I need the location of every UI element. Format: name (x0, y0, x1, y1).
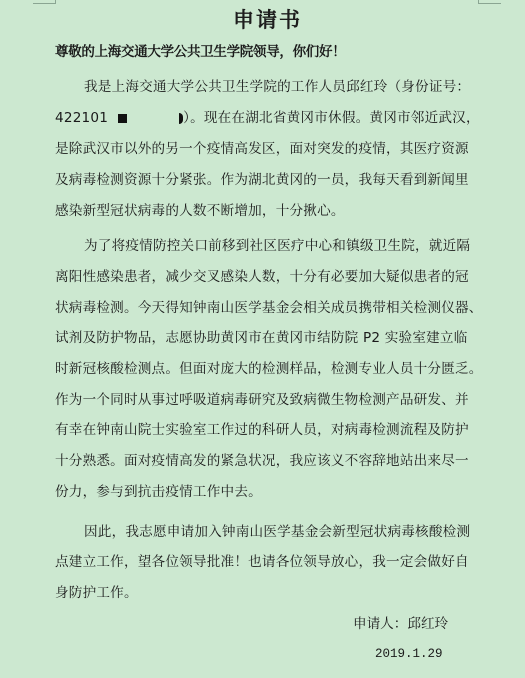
paragraph-2-line-7: 有幸在钟南山院士实验室工作过的科研人员，对病毒检测流程及防护 (55, 418, 469, 438)
paragraph-2-line-3: 状病毒检测。今天得知钟南山医学基金会相关成员携带相关检测仪器、 (55, 296, 483, 316)
paragraph-2-line-4: 试剂及防护物品，志愿协助黄冈市在黄冈市结防院 P2 实验室建立临 (55, 326, 468, 346)
paragraph-1-line-2: 422101）。现在在湖北省黄冈市休假。黄冈市邻近武汉， (55, 106, 480, 126)
paragraph-1-line-2-text: ）。现在在湖北省黄冈市休假。黄冈市邻近武汉， (183, 110, 480, 126)
document-title: 申请书 (55, 4, 480, 34)
redacted-id-mark (118, 114, 127, 123)
paragraph-2-line-6: 作为一个同时从事过呼吸道病毒研究及致病微生物检测产品研发、并 (55, 388, 469, 408)
paragraph-2-line-2: 离阳性感染患者，减少交叉感染人数，十分有必要加大疑似患者的冠 (55, 265, 469, 285)
paragraph-3-line-3: 身防护工作。 (55, 581, 138, 601)
signature: 申请人：邱红玲 (353, 612, 448, 632)
paragraph-2-line-1: 为了将疫情防控关口前移到社区医疗中心和镇级卫生院，就近隔 (84, 234, 470, 254)
paragraph-1-line-1: 我是上海交通大学公共卫生学院的工作人员邱红玲（身份证号： (84, 75, 470, 95)
greeting: 尊敬的上海交通大学公共卫生学院领导，你们好！ (55, 40, 345, 60)
signature-date: 2019.1.29 (375, 647, 443, 661)
id-number-prefix: 422101 (55, 110, 108, 126)
paragraph-2-line-5: 时新冠核酸检测点。但面对庞大的检测样品，检测专业人员十分匮乏。 (55, 357, 483, 377)
page-corner-mark-left (33, 0, 56, 4)
paragraph-1-line-5: 感染新型冠状病毒的人数不断增加，十分揪心。 (55, 199, 345, 219)
paragraph-1-line-4: 及病毒检测资源十分紧张。作为湖北黄冈的一员，我每天看到新闻里 (55, 168, 469, 188)
page-corner-mark-right (478, 0, 501, 4)
paragraph-2-line-9: 份力，参与到抗击疫情工作中去。 (55, 480, 262, 500)
paragraph-2-line-8: 十分熟悉。面对疫情高发的紧急状况，我应该义不容辞地站出来尽一 (55, 449, 469, 469)
paragraph-3-line-2: 点建立工作，望各位领导批准！也请各位领导放心，我一定会做好自 (55, 550, 469, 570)
paragraph-1-line-3: 是除武汉市以外的另一个疫情高发区，面对突发的疫情，其医疗资源 (55, 137, 469, 157)
paragraph-3-line-1: 因此，我志愿申请加入钟南山医学基金会新型冠状病毒核酸检测 (84, 520, 470, 540)
